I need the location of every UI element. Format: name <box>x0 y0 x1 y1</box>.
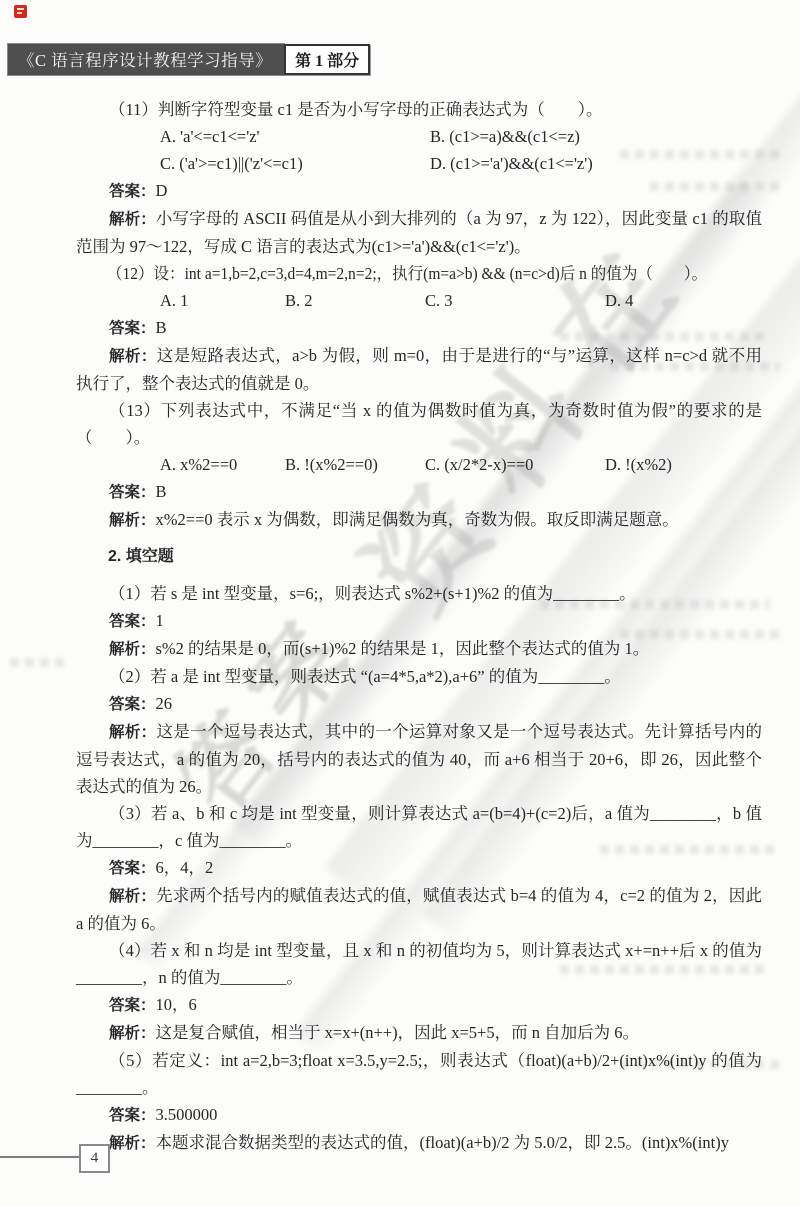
analysis-text: 本题求混合数据类型的表达式的值，(float)(a+b)/2 为 5.0/2，即… <box>156 1133 729 1152</box>
analysis-line: 解析：这是短路表达式，a>b 为假，则 m=0，由于是进行的“与”运算，这样 n… <box>76 342 762 397</box>
analysis-label: 解析： <box>109 1025 156 1042</box>
analysis-text: 这是一个逗号表达式，其中的一个运算对象又是一个逗号表达式。先计算括号内的逗号表达… <box>76 722 762 796</box>
answer-label: 答案： <box>109 696 156 713</box>
page-number: 4 <box>79 1144 110 1173</box>
option-item: A. 1 <box>160 287 285 314</box>
question-line: （2）若 a 是 int 型变量，则表达式 “(a=4*5,a*2),a+6” … <box>76 663 762 690</box>
option-item: C. 3 <box>425 287 605 314</box>
answer-line: 答案：1 <box>76 607 762 635</box>
analysis-line: 解析：这是一个逗号表达式，其中的一个运算对象又是一个逗号表达式。先计算括号内的逗… <box>76 718 762 800</box>
analysis-label: 解析： <box>109 641 156 658</box>
analysis-text: 这是短路表达式，a>b 为假，则 m=0，由于是进行的“与”运算，这样 n=c>… <box>76 346 762 393</box>
answer-label: 答案： <box>109 484 156 501</box>
analysis-text: 小写字母的 ASCII 码值是从小到大排列的（a 为 97，z 为 122），因… <box>76 209 762 256</box>
answer-label: 答案： <box>109 997 156 1014</box>
answer-line: 答案：B <box>76 314 762 342</box>
option-item: B. !(x%2==0) <box>285 451 425 478</box>
option-item: B. (c1>=a)&&(c1<=z) <box>430 123 580 150</box>
question-line: （1）若 s 是 int 型变量，s=6;，则表达式 s%2+(s+1)%2 的… <box>76 580 762 607</box>
analysis-text: 这是复合赋值，相当于 x=x+(n++)，因此 x=5+5，而 n 自加后为 6… <box>156 1023 639 1042</box>
answer-label: 答案： <box>109 183 156 200</box>
question-line: （5）若定义：int a=2,b=3;float x=3.5,y=2.5;，则表… <box>76 1047 762 1101</box>
answer-text: 10，6 <box>156 995 197 1014</box>
book-title: 《C 语言程序设计教程学习指导》 <box>8 44 284 75</box>
bleedthrough-smudge <box>10 658 70 667</box>
answer-line: 答案：D <box>76 177 762 205</box>
analysis-label: 解析： <box>109 724 157 741</box>
analysis-text: x%2==0 表示 x 为偶数，即满足偶数为真，奇数为假。取反即满足题意。 <box>156 510 679 529</box>
options-row: A. 'a'<=c1<='z'B. (c1>=a)&&(c1<=z) <box>76 123 762 150</box>
answer-label: 答案： <box>109 613 156 630</box>
answer-text: B <box>156 318 167 337</box>
answer-text: B <box>156 482 167 501</box>
options-row: C. ('a'>=c1)||('z'<=c1)D. (c1>='a')&&(c1… <box>76 150 762 177</box>
options-row: A. x%2==0B. !(x%2==0)C. (x/2*2-x)==0D. !… <box>76 451 762 478</box>
answer-text: 1 <box>156 611 164 630</box>
answer-text: 3.500000 <box>156 1105 218 1124</box>
analysis-line: 解析：x%2==0 表示 x 为偶数，即满足偶数为真，奇数为假。取反即满足题意。 <box>76 506 762 534</box>
analysis-label: 解析： <box>109 211 156 228</box>
question-line: （4）若 x 和 n 均是 int 型变量，且 x 和 n 的初值均为 5，则计… <box>76 937 762 991</box>
option-item: A. 'a'<=c1<='z' <box>160 123 430 150</box>
answer-text: 6，4，2 <box>156 858 214 877</box>
footer-rule <box>0 1156 79 1158</box>
analysis-line: 解析：先求两个括号内的赋值表达式的值，赋值表达式 b=4 的值为 4，c=2 的… <box>76 882 762 937</box>
option-item: C. (x/2*2-x)==0 <box>425 451 605 478</box>
analysis-line: 解析：小写字母的 ASCII 码值是从小到大排列的（a 为 97，z 为 122… <box>76 205 762 260</box>
page-header: 《C 语言程序设计教程学习指导》 第 1 部分 <box>8 44 370 75</box>
analysis-label: 解析： <box>109 1135 156 1152</box>
answer-label: 答案： <box>109 1107 156 1124</box>
answer-line: 答案：B <box>76 478 762 506</box>
answer-label: 答案： <box>109 860 156 877</box>
options-row: A. 1B. 2C. 3D. 4 <box>76 287 762 314</box>
question-line: （3）若 a、b 和 c 均是 int 型变量，则计算表达式 a=(b=4)+(… <box>76 800 762 854</box>
option-item: D. (c1>='a')&&(c1<='z') <box>430 150 593 177</box>
option-item: D. 4 <box>605 287 633 314</box>
analysis-line: 解析：这是复合赋值，相当于 x=x+(n++)，因此 x=5+5，而 n 自加后… <box>76 1019 762 1047</box>
option-item: A. x%2==0 <box>160 451 285 478</box>
option-item: C. ('a'>=c1)||('z'<=c1) <box>160 150 430 177</box>
option-item: D. !(x%2) <box>605 451 672 478</box>
analysis-text: s%2 的结果是 0，而(s+1)%2 的结果是 1，因此整个表达式的值为 1。 <box>156 639 650 658</box>
analysis-label: 解析： <box>109 512 156 529</box>
analysis-label: 解析： <box>109 888 156 905</box>
question-line: （12）设：int a=1,b=2,c=3,d=4,m=2,n=2;，执行(m=… <box>76 260 721 287</box>
red-seal-icon <box>14 5 27 18</box>
analysis-line: 解析：本题求混合数据类型的表达式的值，(float)(a+b)/2 为 5.0/… <box>76 1129 762 1157</box>
answer-line: 答案：6，4，2 <box>76 854 762 882</box>
question-line: （13）下列表达式中，不满足“当 x 的值为偶数时值为真，为奇数时值为假”的要求… <box>76 397 762 451</box>
part-label: 第 1 部分 <box>284 44 370 75</box>
option-item: B. 2 <box>285 287 425 314</box>
answer-line: 答案：3.500000 <box>76 1101 762 1129</box>
analysis-text: 先求两个括号内的赋值表达式的值，赋值表达式 b=4 的值为 4，c=2 的值为 … <box>76 886 762 933</box>
question-line: （11）判断字符型变量 c1 是否为小写字母的正确表达式为（ ）。 <box>76 96 762 123</box>
answer-label: 答案： <box>109 320 156 337</box>
analysis-line: 解析：s%2 的结果是 0，而(s+1)%2 的结果是 1，因此整个表达式的值为… <box>76 635 762 663</box>
answer-line: 答案：10，6 <box>76 991 762 1019</box>
analysis-label: 解析： <box>109 348 157 365</box>
answer-text: 26 <box>156 694 173 713</box>
answer-text: D <box>156 181 168 200</box>
answer-line: 答案：26 <box>76 690 762 718</box>
content: （11）判断字符型变量 c1 是否为小写字母的正确表达式为（ ）。A. 'a'<… <box>76 96 762 1157</box>
section-heading: 2. 填空题 <box>76 543 762 570</box>
